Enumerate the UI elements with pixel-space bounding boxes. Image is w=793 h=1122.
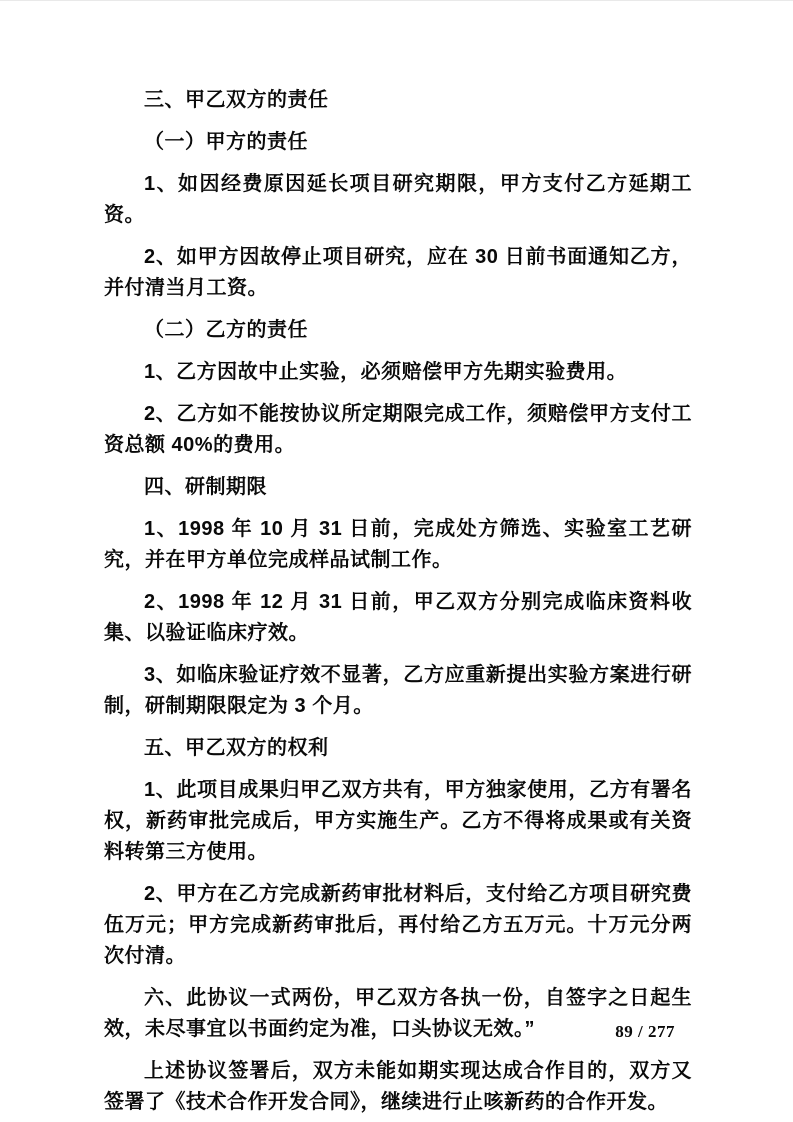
section-3-sub-2-heading: （二）乙方的责任 (104, 315, 692, 346)
development-period-item-3: 3、如临床验证疗效不显著，乙方应重新提出实验方案进行研制，研制期限限定为 3 个… (104, 660, 692, 722)
party-b-duty-item-1: 1、乙方因故中止实验，必须赔偿甲方先期实验费用。 (104, 357, 692, 388)
closing-note: 上述协议签署后，双方未能如期实现达成合作目的，双方又签署了《技术合作开发合同》，… (104, 1056, 692, 1118)
development-period-item-1: 1、1998 年 10 月 31 日前，完成处方筛选、实验室工艺研究，并在甲方单… (104, 514, 692, 576)
page-number: 89 / 277 (615, 1022, 675, 1042)
rights-item-1: 1、此项目成果归甲乙双方共有，甲方独家使用，乙方有署名权，新药审批完成后，甲方实… (104, 775, 692, 868)
section-3-sub-1-heading: （一）甲方的责任 (104, 127, 692, 158)
party-a-duty-item-1: 1、如因经费原因延长项目研究期限，甲方支付乙方延期工资。 (104, 169, 692, 231)
section-5-heading: 五、甲乙双方的权利 (104, 733, 692, 764)
document-page: 三、甲乙双方的责任（一）甲方的责任1、如因经费原因延长项目研究期限，甲方支付乙方… (0, 0, 793, 1122)
section-6-clause: 六、此协议一式两份，甲乙双方各执一份，自签字之日起生效，未尽事宜以书面约定为准，… (104, 983, 692, 1045)
rights-item-2: 2、甲方在乙方完成新药审批材料后，支付给乙方项目研究费伍万元；甲方完成新药审批后… (104, 879, 692, 972)
document-body: 三、甲乙双方的责任（一）甲方的责任1、如因经费原因延长项目研究期限，甲方支付乙方… (104, 85, 692, 1122)
section-4-heading: 四、研制期限 (104, 472, 692, 503)
section-3-heading: 三、甲乙双方的责任 (104, 85, 692, 116)
party-b-duty-item-2: 2、乙方如不能按协议所定期限完成工作，须赔偿甲方支付工资总额 40%的费用。 (104, 399, 692, 461)
party-a-duty-item-2: 2、如甲方因故停止项目研究，应在 30 日前书面通知乙方，并付清当月工资。 (104, 242, 692, 304)
development-period-item-2: 2、1998 年 12 月 31 日前，甲乙双方分别完成临床资料收集、以验证临床… (104, 587, 692, 649)
